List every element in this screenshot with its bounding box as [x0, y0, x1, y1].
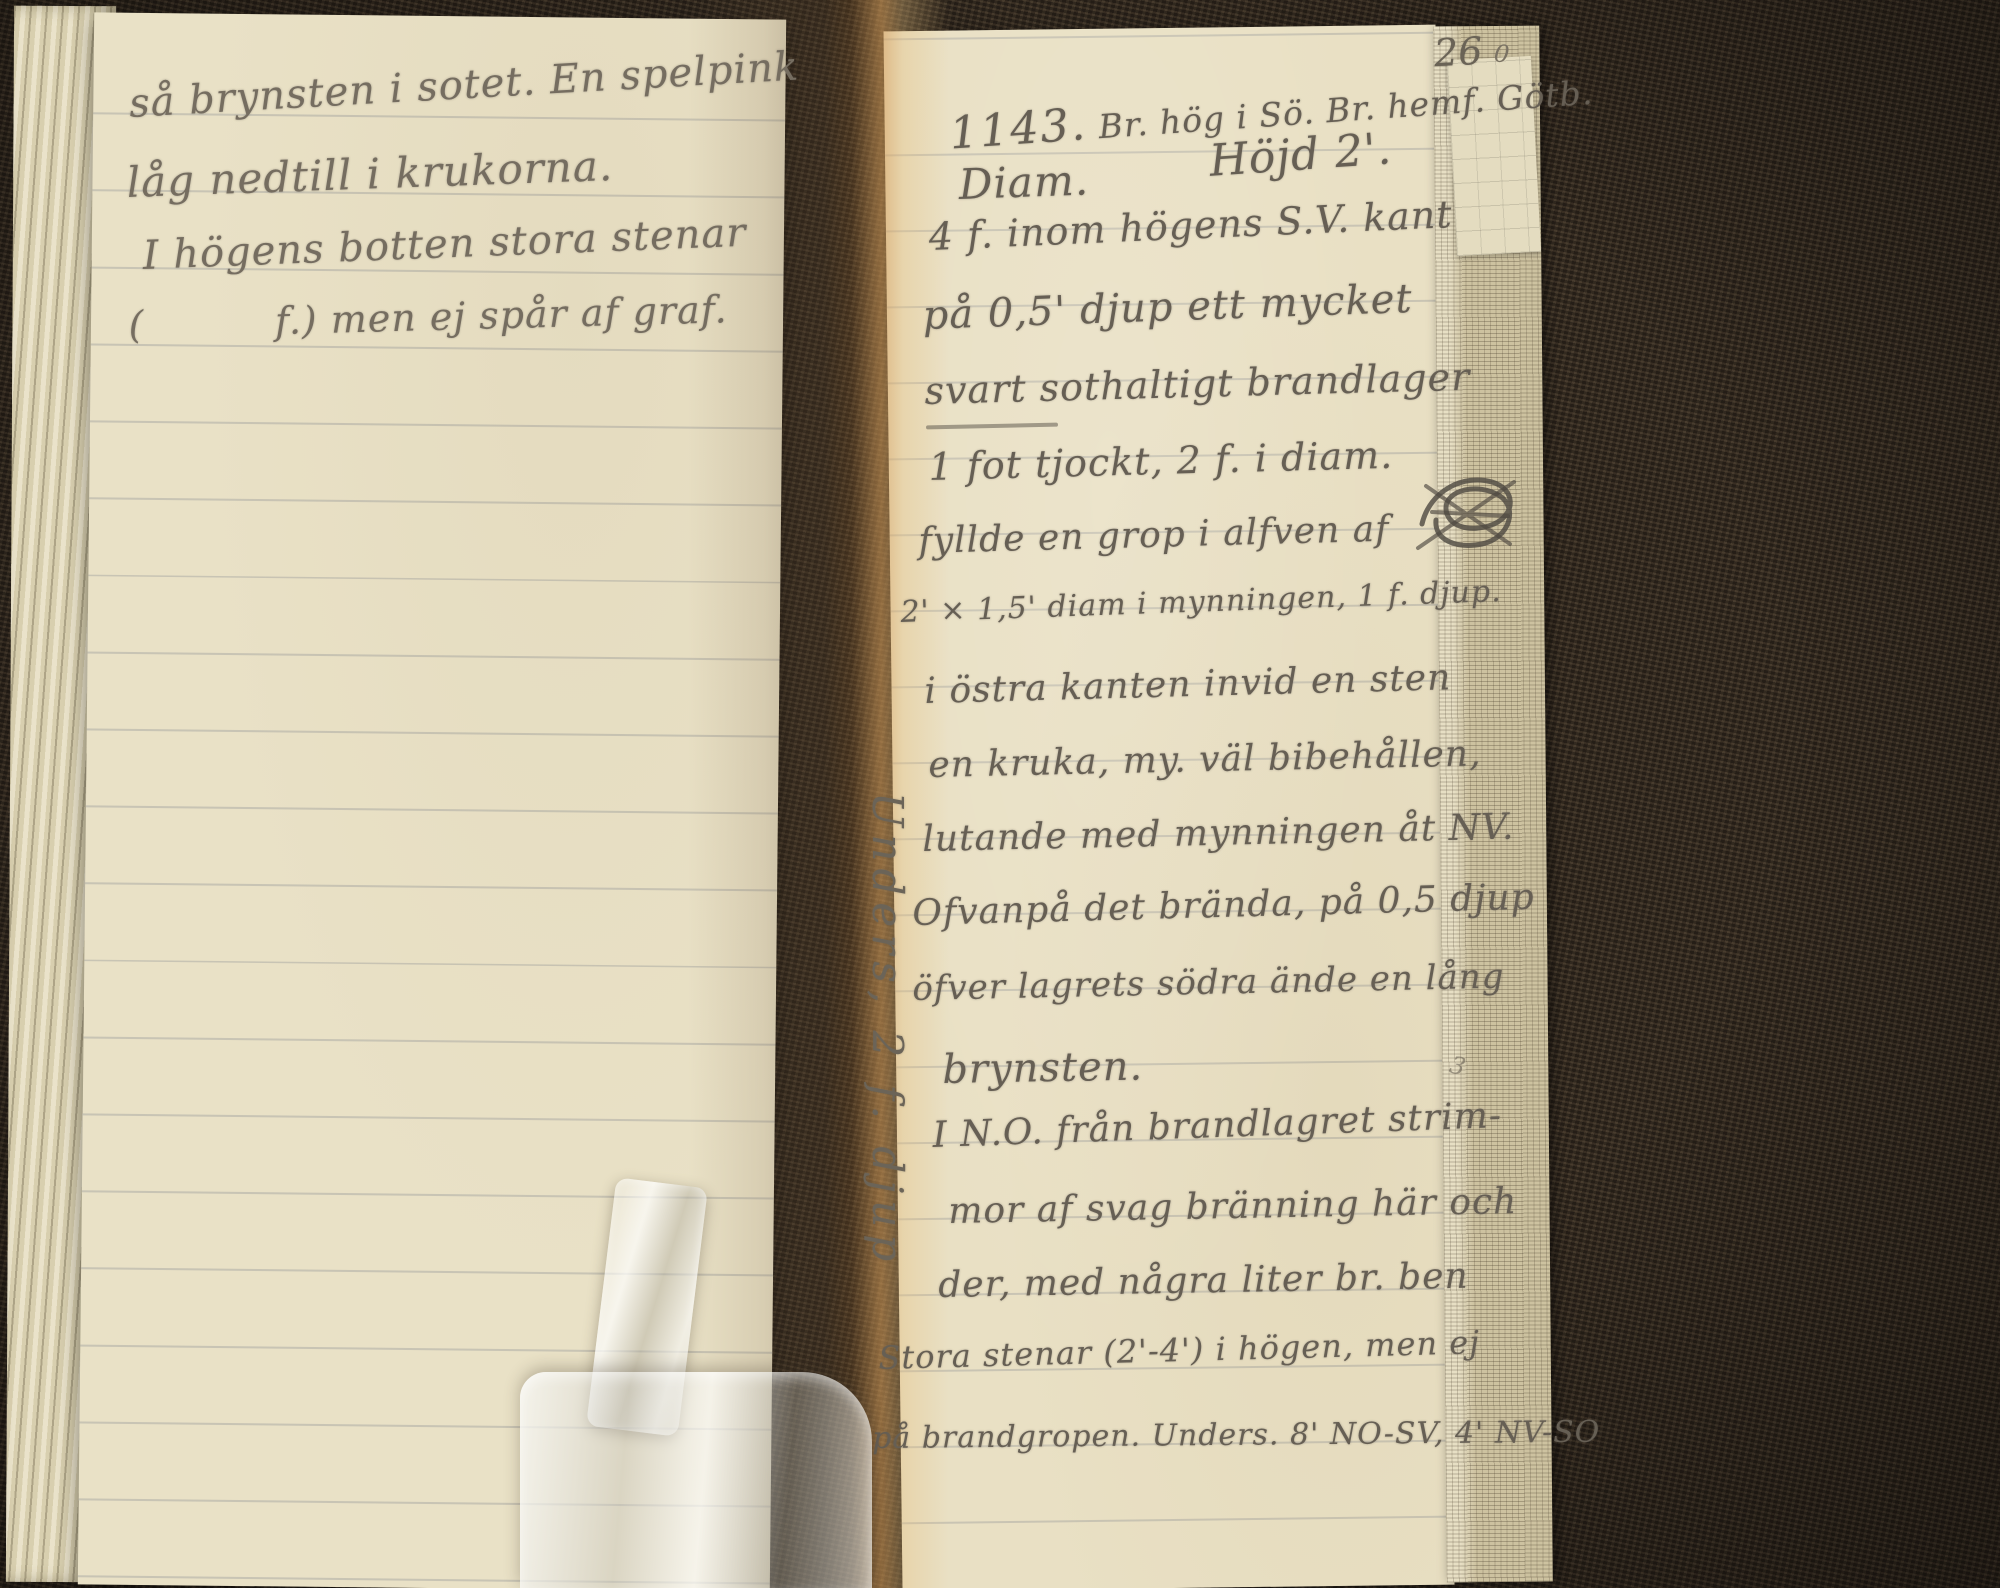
page-number-extra: 0 — [1493, 39, 1511, 68]
margin-note: Unders, 2 f. djup — [863, 792, 912, 1268]
entry-number: 1143. — [948, 98, 1089, 159]
handwriting-line: mor af svag bränning här och — [948, 1184, 1518, 1230]
handwriting-line: der, med några liter br. ben — [938, 1259, 1469, 1304]
handwriting-line: på brandgropen. Unders. 8' NO-SV, 4' NV-… — [872, 1418, 1600, 1454]
page-clamp-base — [520, 1372, 872, 1588]
handwriting-line: brynsten. — [942, 1046, 1144, 1089]
height-label: Höjd 2'. — [1208, 127, 1393, 184]
handwriting-line: 1 fot tjockt, 2 f. i diam. — [928, 436, 1394, 486]
notebook-photo: så brynsten i sotet. En spelpink låg ned… — [0, 0, 2000, 1588]
diam-label: Diam. — [958, 159, 1090, 206]
page-number: 26 — [1433, 29, 1484, 75]
scribbled-out-word — [1412, 452, 1524, 576]
